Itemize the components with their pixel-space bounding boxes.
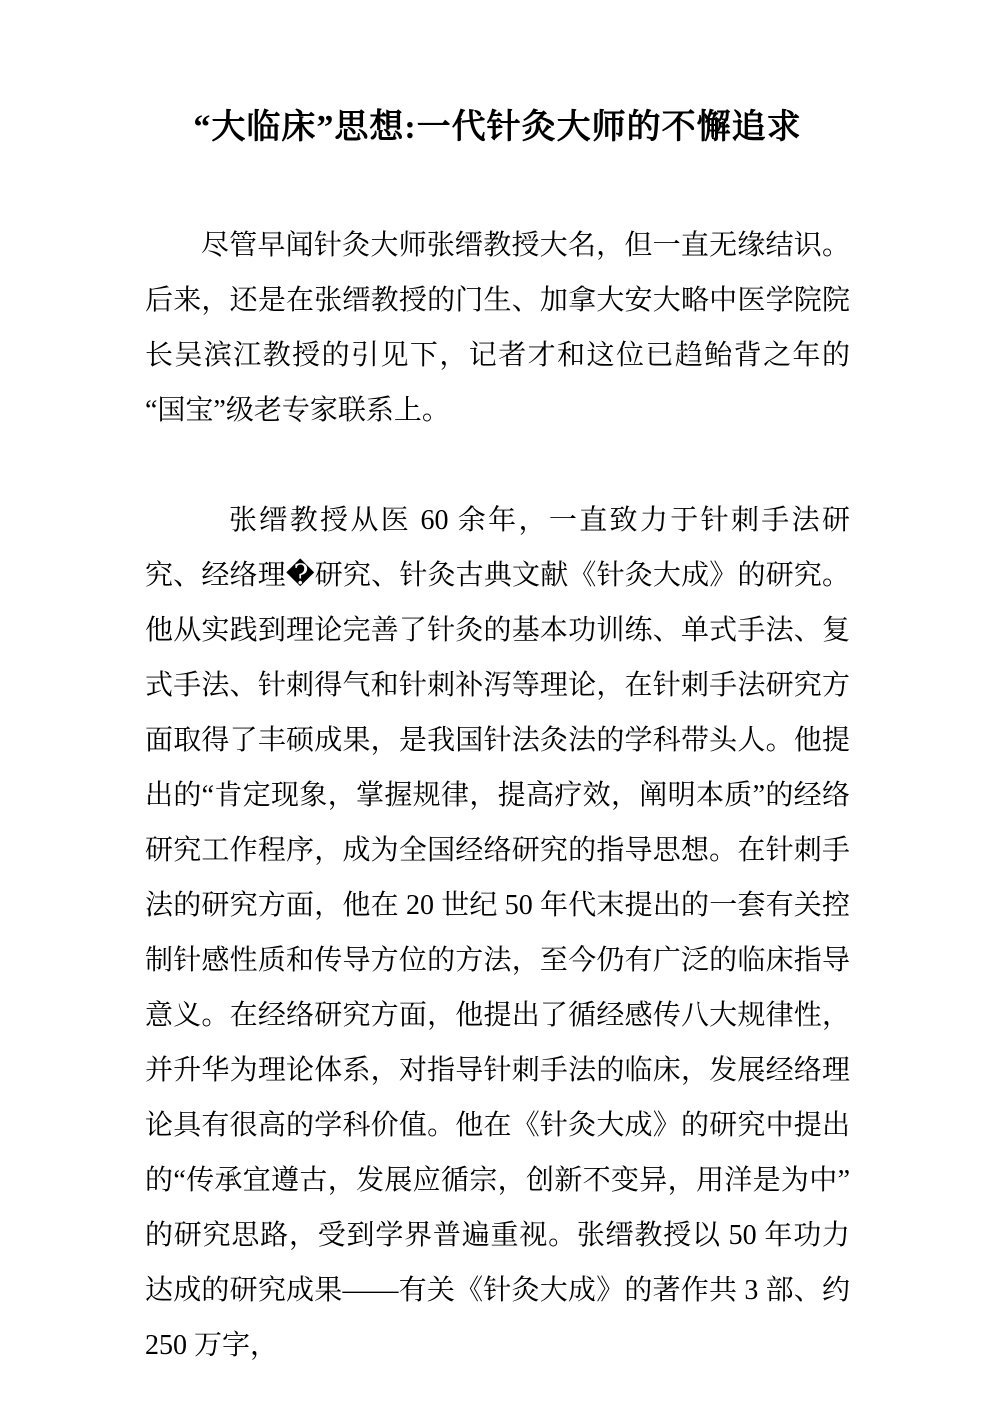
- paragraph-intro: 尽管早闻针灸大师张缙教授大名，但一直无缘结识。后来，还是在张缙教授的门生、加拿大…: [145, 218, 850, 438]
- document-title: “大临床”思想:一代针灸大师的不懈追求: [145, 103, 850, 152]
- paragraph-body: 张缙教授从医 60 余年，一直致力于针刺手法研究、经络理�研究、针灸古典文献《针…: [145, 493, 850, 1373]
- document-page: “大临床”思想:一代针灸大师的不懈追求 尽管早闻针灸大师张缙教授大名，但一直无缘…: [0, 0, 993, 1404]
